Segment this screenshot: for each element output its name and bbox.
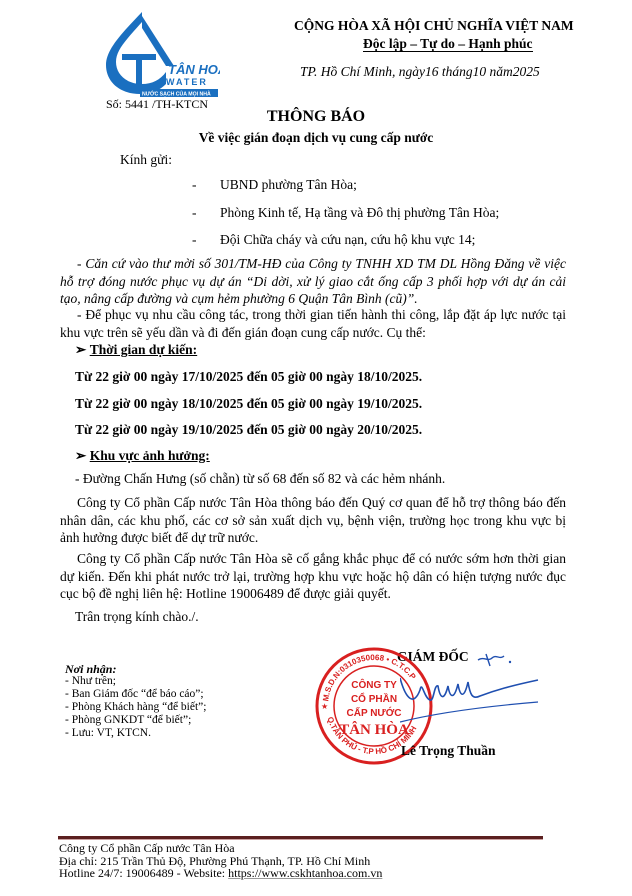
purpose-paragraph: - Để phục vụ nhu cầu công tác, trong thờ… (60, 306, 566, 341)
svg-text:★: ★ (321, 702, 328, 711)
national-title: CỘNG HÒA XÃ HỘI CHỦ NGHĨA VIỆT NAM (294, 18, 574, 34)
distribution-item: - Phòng Khách hàng “để biết”; (65, 701, 206, 714)
footer-divider (58, 836, 543, 840)
affected-area: - Đường Chấn Hưng (số chẵn) từ số 68 đến… (75, 471, 445, 487)
svg-text:CẤP NƯỚC: CẤP NƯỚC (347, 706, 402, 719)
notice-paragraph: Công ty Cổ phần Cấp nước Tân Hòa thông b… (60, 494, 566, 547)
recipient-item: -Phòng Kinh tế, Hạ tầng và Đô thị phường… (192, 205, 499, 221)
distribution-item: - Như trên; (65, 675, 116, 688)
arrow-bullet-icon: ➢ (75, 448, 86, 463)
distribution-item: - Lưu: VT, KTCN. (65, 727, 151, 740)
signer-name: Lê Trọng Thuần (401, 743, 496, 759)
closing-regards: Trân trọng kính chào./. (75, 609, 199, 625)
arrow-bullet-icon: ➢ (75, 342, 86, 357)
handwritten-signature-icon (400, 650, 540, 725)
area-heading: ➢ Khu vực ảnh hưởng: (75, 448, 210, 464)
place-date: TP. Hồ Chí Minh, ngày16 tháng10 năm2025 (300, 64, 540, 80)
document-title: THÔNG BÁO (0, 108, 632, 126)
footer-company: Công ty Cổ phần Cấp nước Tân Hòa (59, 842, 235, 855)
distribution-item: - Phòng GNKDT “để biết”; (65, 714, 191, 727)
schedule-item: Từ 22 giờ 00 ngày 17/10/2025 đến 05 giờ … (75, 369, 422, 385)
svg-text:CÔNG TY: CÔNG TY (351, 678, 397, 691)
commitment-paragraph: Công ty Cổ phần Cấp nước Tân Hòa sẽ cố g… (60, 550, 566, 603)
document-subtitle: Về việc gián đoạn dịch vụ cung cấp nước (0, 130, 632, 146)
recipient-item: -UBND phường Tân Hòa; (192, 177, 357, 193)
svg-text:TÂN HÒA: TÂN HÒA (339, 721, 409, 738)
schedule-heading: ➢ Thời gian dự kiến: (75, 342, 197, 358)
website-link[interactable]: https://www.cskhtanhoa.com.vn (228, 866, 382, 880)
greeting: Kính gửi: (120, 152, 172, 168)
footer-contact: Hotline 24/7: 19006489 - Website: https:… (59, 867, 382, 880)
national-motto: Độc lập – Tự do – Hạnh phúc (363, 36, 533, 52)
company-logo: TÂN HOA WATER NƯỚC SẠCH CỦA MỌI NHÀ (100, 10, 220, 98)
svg-text:WATER: WATER (166, 77, 208, 87)
basis-paragraph: - Căn cứ vào thư mời số 301/TM-HĐ của Cô… (60, 255, 566, 308)
svg-text:CỔ PHẦN: CỔ PHẦN (351, 692, 397, 705)
svg-text:TÂN HOA: TÂN HOA (168, 62, 220, 77)
distribution-item: - Ban Giám đốc “để báo cáo”; (65, 688, 204, 701)
schedule-item: Từ 22 giờ 00 ngày 19/10/2025 đến 05 giờ … (75, 422, 422, 438)
recipient-item: -Đội Chữa cháy và cứu nạn, cứu hộ khu vự… (192, 232, 475, 248)
schedule-item: Từ 22 giờ 00 ngày 18/10/2025 đến 05 giờ … (75, 396, 422, 412)
